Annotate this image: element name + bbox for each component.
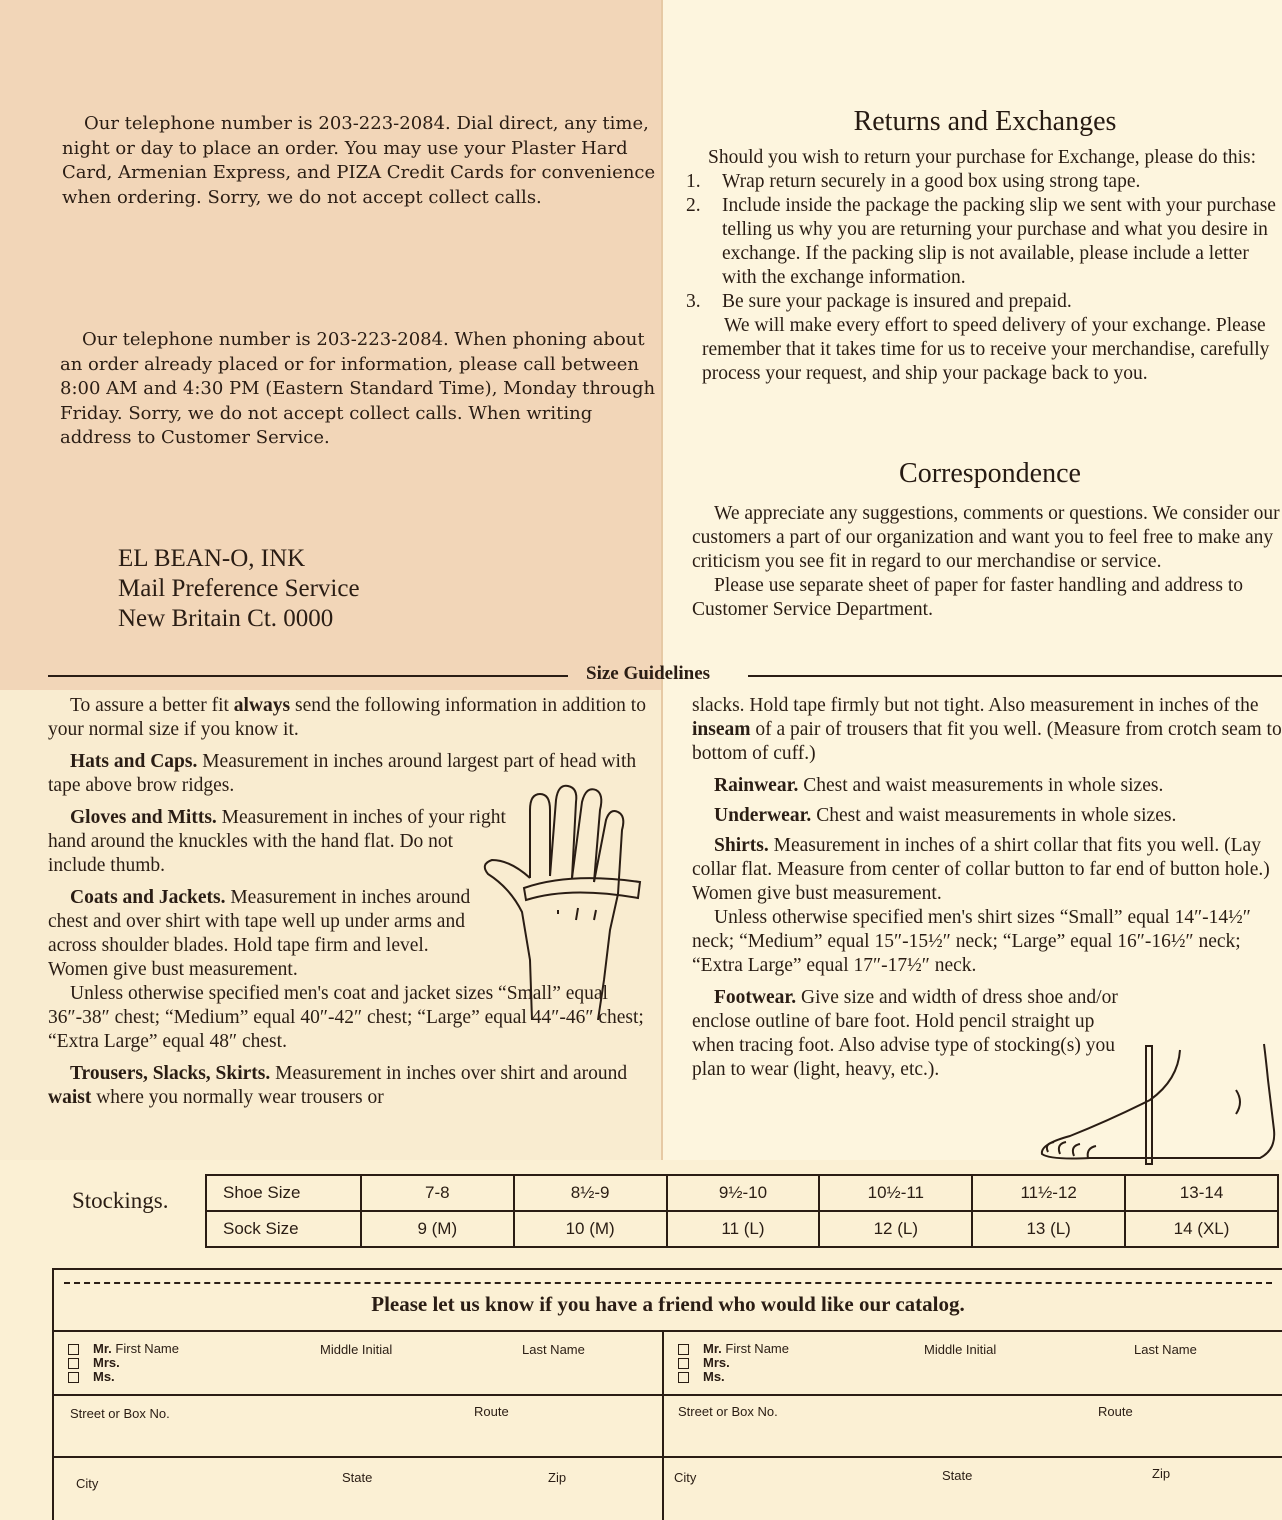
size-guidelines-title: Size Guidelines xyxy=(582,663,714,685)
stockings-label: Stockings. xyxy=(72,1188,168,1214)
returns-closing: We will make every effort to speed deliv… xyxy=(686,314,1282,386)
middle-initial-label: Middle Initial xyxy=(320,1342,392,1357)
sg-underwear: Underwear. Chest and waist measurements … xyxy=(692,804,1282,828)
returns-step: 1.Wrap return securely in a good box usi… xyxy=(686,170,1282,194)
returns-step: 3.Be sure your package is insured and pr… xyxy=(686,290,1282,314)
address-line-3: New Britain Ct. 0000 xyxy=(118,604,360,634)
last-name-label: Last Name xyxy=(522,1342,585,1357)
returns-title: Returns and Exchanges xyxy=(690,106,1280,138)
returns-intro: Should you wish to return your purchase … xyxy=(686,146,1282,170)
table-row-shoe-size: Shoe Size 7-8 8½-9 9½-10 10½-11 11½-12 1… xyxy=(206,1175,1278,1211)
sg-trousers-cont: slacks. Hold tape firmly but not tight. … xyxy=(692,694,1282,766)
middle-initial-label: Middle Initial xyxy=(924,1342,996,1357)
state-label: State xyxy=(942,1468,972,1483)
form-rule xyxy=(54,1330,1282,1332)
checkbox-mr[interactable] xyxy=(678,1344,689,1355)
divider-left xyxy=(48,675,568,677)
city-label: City xyxy=(674,1470,696,1485)
street-label: Street or Box No. xyxy=(70,1406,170,1421)
route-label: Route xyxy=(1098,1404,1133,1419)
checkbox-mrs[interactable] xyxy=(68,1358,79,1369)
row-header-shoe-size: Shoe Size xyxy=(206,1175,361,1211)
form-rule xyxy=(54,1394,1282,1396)
last-name-label: Last Name xyxy=(1134,1342,1197,1357)
row-header-sock-size: Sock Size xyxy=(206,1211,361,1247)
sg-shirt-sizes: Unless otherwise specified men's shirt s… xyxy=(692,906,1282,978)
first-name-label: First Name xyxy=(115,1341,179,1356)
form-column-divider xyxy=(662,1332,664,1520)
sg-shirts: Shirts. Measurement in inches of a shirt… xyxy=(692,834,1282,906)
city-label: City xyxy=(76,1476,98,1491)
state-label: State xyxy=(342,1470,372,1485)
phone-info-paragraph: Our telephone number is 203-223-2084. Wh… xyxy=(60,328,664,451)
cut-line xyxy=(64,1282,1272,1284)
zip-label: Zip xyxy=(548,1470,566,1485)
title-options-right: Mr. First Name Mrs. Ms. xyxy=(678,1342,789,1384)
foot-tracing-illustration xyxy=(1030,1040,1280,1165)
returns-section: Should you wish to return your purchase … xyxy=(686,146,1282,386)
first-name-label: First Name xyxy=(725,1341,789,1356)
address-line-2: Mail Preference Service xyxy=(118,574,360,604)
street-label: Street or Box No. xyxy=(678,1404,778,1419)
route-label: Route xyxy=(474,1404,509,1419)
mailing-address: EL BEAN-O, INK Mail Preference Service N… xyxy=(118,544,360,634)
form-rule xyxy=(54,1456,1282,1458)
title-options-left: Mr. First Name Mrs. Ms. xyxy=(68,1342,179,1384)
table-row-sock-size: Sock Size 9 (M) 10 (M) 11 (L) 12 (L) 13 … xyxy=(206,1211,1278,1247)
zip-label: Zip xyxy=(1152,1466,1170,1481)
checkbox-mrs[interactable] xyxy=(678,1358,689,1369)
size-guidelines-right: slacks. Hold tape firmly but not tight. … xyxy=(692,694,1282,1082)
checkbox-mr[interactable] xyxy=(68,1344,79,1355)
stockings-size-table: Shoe Size 7-8 8½-9 9½-10 10½-11 11½-12 1… xyxy=(205,1174,1279,1248)
checkbox-ms[interactable] xyxy=(678,1372,689,1383)
sg-trousers: Trousers, Slacks, Skirts. Measurement in… xyxy=(48,1062,660,1110)
address-line-1: EL BEAN-O, INK xyxy=(118,544,360,574)
friend-referral-form: Please let us know if you have a friend … xyxy=(52,1268,1282,1520)
correspondence-section: We appreciate any suggestions, comments … xyxy=(692,502,1282,622)
returns-steps: 1.Wrap return securely in a good box usi… xyxy=(686,170,1282,314)
sg-coats: Coats and Jackets. Measurement in inches… xyxy=(48,886,488,982)
hand-measuring-illustration xyxy=(470,780,650,1020)
sg-intro: To assure a better fit always send the f… xyxy=(48,694,660,742)
returns-step: 2.Include inside the package the packing… xyxy=(686,194,1282,290)
correspondence-title: Correspondence xyxy=(690,458,1282,490)
form-title: Please let us know if you have a friend … xyxy=(54,1292,1282,1317)
correspondence-paragraph-2: Please use separate sheet of paper for f… xyxy=(692,574,1282,622)
sg-rainwear: Rainwear. Chest and waist measurements i… xyxy=(692,774,1282,798)
checkbox-ms[interactable] xyxy=(68,1372,79,1383)
sg-gloves: Gloves and Mitts. Measurement in inches … xyxy=(48,806,508,878)
divider-right xyxy=(748,675,1282,677)
phone-order-paragraph: Our telephone number is 203-223-2084. Di… xyxy=(62,112,670,210)
correspondence-paragraph-1: We appreciate any suggestions, comments … xyxy=(692,502,1282,574)
